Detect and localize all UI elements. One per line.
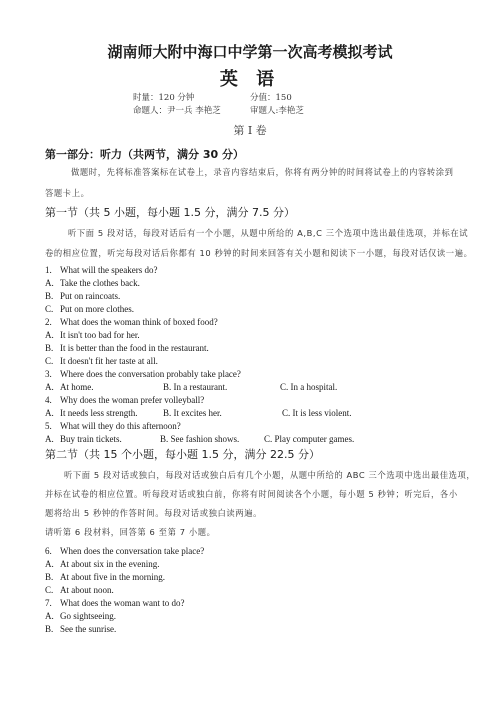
section1-direction-line: 卷的相应位置，听完每段对话后你都有 10 秒钟的时间来回答有关小题和阅读下一小题…: [45, 249, 473, 257]
part1-instruction-line: 答题卡上。: [45, 189, 90, 197]
question-3: 3.Where does the conversation probably t…: [45, 370, 241, 379]
question-5-option-c[interactable]: C. Play computer games.: [264, 435, 354, 444]
question-4: 4.Why does the woman prefer volleyball?: [45, 396, 204, 405]
question-6: 6.When does the conversation take place?: [45, 547, 204, 556]
question-2-option-c[interactable]: C.It doesn't fit her taste at all.: [45, 357, 158, 366]
question-4-option-a[interactable]: A.It needs less strength.: [45, 409, 137, 418]
section2-prompt: 请听第 6 段材料，回答第 6 至第 7 小题。: [45, 528, 216, 536]
question-2: 2.What does the woman think of boxed foo…: [45, 318, 218, 327]
question-1-option-c[interactable]: C.Put on more clothes.: [45, 305, 134, 314]
subject-title: 英 语: [0, 71, 500, 89]
question-7-option-a[interactable]: A.Go sightseeing.: [45, 612, 116, 621]
question-3-option-b[interactable]: B. In a restaurant.: [163, 383, 227, 392]
question-5: 5.What will they do this afternoon?: [45, 422, 181, 431]
question-6-option-b[interactable]: B.At about five in the morning.: [45, 573, 165, 582]
question-5-option-a[interactable]: A.Buy train tickets.: [45, 435, 122, 444]
volume-label: 第 I 卷: [0, 125, 500, 136]
exam-title: 湖南师大附中海口中学第一次高考模拟考试: [0, 45, 500, 60]
section2-heading: 第二节（共 15 个小题，每小题 1.5 分，满分 22.5 分）: [45, 449, 320, 460]
question-1: 1.What will the speakers do?: [45, 266, 157, 275]
question-4-option-c[interactable]: C. It is less violent.: [282, 409, 352, 418]
question-7: 7.What does the woman want to do?: [45, 599, 184, 608]
question-6-option-a[interactable]: A.At about six in the evening.: [45, 560, 159, 569]
question-3-option-c[interactable]: C. In a hospital.: [280, 383, 337, 392]
time-allotted: 时量：120 分钟: [133, 94, 194, 103]
question-authors: 命题人：尹一兵 李艳芝: [133, 107, 221, 116]
question-5-option-b[interactable]: B. See fashion shows.: [160, 435, 239, 444]
section1-direction-line: 听下面 5 段对话，每段对话后有一个小题，从题中所给的 A,B,C 三个选项中选…: [68, 229, 468, 237]
question-1-option-a[interactable]: A.Take the clothes back.: [45, 279, 140, 288]
section2-direction-line: 题将给出 5 秒钟的作答时间。每段对话或独白读两遍。: [45, 509, 262, 517]
question-1-option-b[interactable]: B.Put on raincoats.: [45, 292, 120, 301]
section2-direction-line: 听下面 5 段对话或独白，每段对话或独白后有几个小题，从题中所给的 ABC 三个…: [64, 471, 475, 479]
part1-instruction-line: 做题时，先将标准答案标在试卷上，录音内容结束后，你将有两分钟的时间将试卷上的内容…: [71, 168, 454, 176]
question-3-option-a[interactable]: A.At home.: [45, 383, 94, 392]
question-7-option-b[interactable]: B.See the sunrise.: [45, 625, 116, 634]
reviewer: 审题人:李艳芝: [250, 107, 304, 116]
question-2-option-a[interactable]: A.It isn't too bad for her.: [45, 331, 140, 340]
part1-heading: 第一部分：听力（共两节，满分 30 分）: [45, 149, 244, 160]
question-6-option-c[interactable]: C.At about noon.: [45, 586, 114, 595]
question-4-option-b[interactable]: B. It excites her.: [163, 409, 222, 418]
total-score: 分值：150: [250, 94, 292, 103]
question-2-option-b[interactable]: B.It is better than the food in the rest…: [45, 344, 209, 353]
section1-heading: 第一节（共 5 小题，每小题 1.5 分，满分 7.5 分）: [45, 207, 295, 218]
section2-direction-line: 并标在试卷的相应位置。听每段对话或独白前，你将有时间阅读各个小题，每小题 5 秒…: [45, 490, 458, 498]
